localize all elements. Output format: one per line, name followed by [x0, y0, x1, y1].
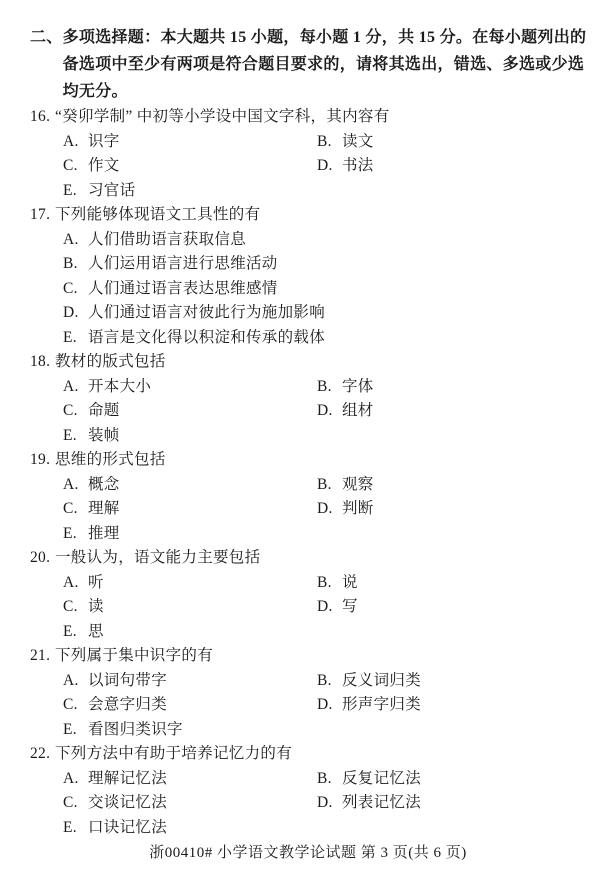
- option-22-C: C.交谈记忆法: [63, 791, 317, 816]
- question-17: 17.下列能够体现语文工具性的有A.人们借助语言获取信息B.人们运用语言进行思维…: [0, 203, 616, 350]
- question-stem-line: 22.下列方法中有助于培养记忆力的有: [30, 742, 598, 767]
- option-text: 开本大小: [88, 375, 317, 400]
- question-number: 21.: [30, 644, 55, 669]
- option-letter: A.: [63, 669, 88, 694]
- option-text: 理解: [88, 497, 317, 522]
- option-19-B: B.观察: [317, 473, 598, 498]
- question-stem-line: 16.“癸卯学制” 中初等小学设中国文字科，其内容有: [30, 105, 598, 130]
- question-stem-line: 17.下列能够体现语文工具性的有: [30, 203, 598, 228]
- option-text: 习官话: [88, 179, 317, 204]
- option-17-A: A.人们借助语言获取信息: [63, 228, 598, 253]
- option-letter: D.: [317, 791, 342, 816]
- question-stem: 下列能够体现语文工具性的有: [55, 203, 598, 228]
- option-letter: D.: [317, 399, 342, 424]
- exam-page: 二、 多项选择题：本大题共 15 小题，每小题 1 分，共 15 分。在每小题列…: [0, 0, 616, 888]
- option-letter: C.: [63, 595, 88, 620]
- option-letter: B.: [317, 375, 342, 400]
- option-letter: A.: [63, 375, 88, 400]
- option-text: 人们通过语言对彼此行为施加影响: [88, 301, 598, 326]
- option-text: 理解记忆法: [88, 767, 317, 792]
- options-group: A.识字B.读文C.作文D.书法E.习官话: [63, 130, 598, 204]
- question-number: 17.: [30, 203, 55, 228]
- option-letter: C.: [63, 791, 88, 816]
- option-letter: E.: [63, 816, 88, 841]
- option-text: 推理: [88, 522, 317, 547]
- option-text: 听: [88, 571, 317, 596]
- option-text: 人们通过语言表达思维感情: [88, 277, 598, 302]
- option-20-D: D.写: [317, 595, 598, 620]
- option-text: 形声字归类: [342, 693, 598, 718]
- option-text: 书法: [342, 154, 598, 179]
- option-letter: E.: [63, 424, 88, 449]
- option-letter: A.: [63, 767, 88, 792]
- option-letter: B.: [63, 252, 88, 277]
- option-text: 以词句带字: [88, 669, 317, 694]
- option-17-D: D.人们通过语言对彼此行为施加影响: [63, 301, 598, 326]
- option-text: 识字: [88, 130, 317, 155]
- option-18-B: B.字体: [317, 375, 598, 400]
- option-17-B: B.人们运用语言进行思维活动: [63, 252, 598, 277]
- option-text: 组材: [342, 399, 598, 424]
- question-number: 22.: [30, 742, 55, 767]
- option-18-C: C.命题: [63, 399, 317, 424]
- option-letter: A.: [63, 130, 88, 155]
- question-stem: 教材的版式包括: [55, 350, 598, 375]
- option-22-B: B.反复记忆法: [317, 767, 598, 792]
- option-letter: D.: [317, 595, 342, 620]
- question-stem-line: 21.下列属于集中识字的有: [30, 644, 598, 669]
- option-19-C: C.理解: [63, 497, 317, 522]
- question-stem: 思维的形式包括: [55, 448, 598, 473]
- option-16-C: C.作文: [63, 154, 317, 179]
- option-text: 读: [88, 595, 317, 620]
- option-letter: E.: [63, 620, 88, 645]
- options-group: A.理解记忆法B.反复记忆法C.交谈记忆法D.列表记忆法E.口诀记忆法: [63, 767, 598, 841]
- option-16-A: A.识字: [63, 130, 317, 155]
- page-footer: 浙00410# 小学语文教学论试题 第 3 页(共 6 页): [0, 841, 616, 862]
- option-text: 概念: [88, 473, 317, 498]
- option-20-E: E.思: [63, 620, 317, 645]
- option-text: 反复记忆法: [342, 767, 598, 792]
- option-letter: B.: [317, 130, 342, 155]
- options-group: A.以词句带字B.反义词归类C.会意字归类D.形声字归类E.看图归类识字: [63, 669, 598, 743]
- option-letter: D.: [63, 301, 88, 326]
- option-letter: C.: [63, 154, 88, 179]
- option-text: 列表记忆法: [342, 791, 598, 816]
- option-letter: D.: [317, 497, 342, 522]
- options-group: A.人们借助语言获取信息B.人们运用语言进行思维活动C.人们通过语言表达思维感情…: [63, 228, 598, 351]
- section-number-label: 二、: [30, 24, 63, 105]
- option-letter: B.: [317, 473, 342, 498]
- question-stem: 下列属于集中识字的有: [55, 644, 598, 669]
- option-21-A: A.以词句带字: [63, 669, 317, 694]
- option-text: 观察: [342, 473, 598, 498]
- option-letter: E.: [63, 179, 88, 204]
- option-16-D: D.书法: [317, 154, 598, 179]
- option-text: 人们运用语言进行思维活动: [88, 252, 598, 277]
- option-letter: E.: [63, 522, 88, 547]
- question-stem: 下列方法中有助于培养记忆力的有: [55, 742, 598, 767]
- option-text: 写: [342, 595, 598, 620]
- option-letter: B.: [317, 571, 342, 596]
- option-18-D: D.组材: [317, 399, 598, 424]
- option-letter: C.: [63, 277, 88, 302]
- option-text: 会意字归类: [88, 693, 317, 718]
- option-21-C: C.会意字归类: [63, 693, 317, 718]
- option-20-A: A.听: [63, 571, 317, 596]
- option-letter: C.: [63, 693, 88, 718]
- question-20: 20.一般认为，语文能力主要包括A.听B.说C.读D.写E.思: [0, 546, 616, 644]
- option-21-E: E.看图归类识字: [63, 718, 317, 743]
- option-21-D: D.形声字归类: [317, 693, 598, 718]
- option-text: 装帧: [88, 424, 317, 449]
- option-letter: C.: [63, 497, 88, 522]
- option-letter: A.: [63, 228, 88, 253]
- option-letter: A.: [63, 473, 88, 498]
- option-text: 字体: [342, 375, 598, 400]
- question-number: 20.: [30, 546, 55, 571]
- option-20-C: C.读: [63, 595, 317, 620]
- option-letter: E.: [63, 718, 88, 743]
- option-17-C: C.人们通过语言表达思维感情: [63, 277, 598, 302]
- question-stem-line: 18.教材的版式包括: [30, 350, 598, 375]
- option-18-E: E.装帧: [63, 424, 317, 449]
- option-22-E: E.口诀记忆法: [63, 816, 317, 841]
- question-stem-line: 20.一般认为，语文能力主要包括: [30, 546, 598, 571]
- question-21: 21.下列属于集中识字的有A.以词句带字B.反义词归类C.会意字归类D.形声字归…: [0, 644, 616, 742]
- option-text: 人们借助语言获取信息: [88, 228, 598, 253]
- option-16-E: E.习官话: [63, 179, 317, 204]
- option-19-D: D.判断: [317, 497, 598, 522]
- option-letter: D.: [317, 154, 342, 179]
- option-letter: C.: [63, 399, 88, 424]
- option-text: 反义词归类: [342, 669, 598, 694]
- options-group: A.开本大小B.字体C.命题D.组材E.装帧: [63, 375, 598, 449]
- question-number: 18.: [30, 350, 55, 375]
- option-20-B: B.说: [317, 571, 598, 596]
- option-19-A: A.概念: [63, 473, 317, 498]
- option-text: 说: [342, 571, 598, 596]
- option-letter: B.: [317, 669, 342, 694]
- option-letter: B.: [317, 767, 342, 792]
- section-instructions: 多项选择题：本大题共 15 小题，每小题 1 分，共 15 分。在每小题列出的备…: [63, 24, 598, 105]
- option-text: 读文: [342, 130, 598, 155]
- option-18-A: A.开本大小: [63, 375, 317, 400]
- option-22-A: A.理解记忆法: [63, 767, 317, 792]
- question-number: 19.: [30, 448, 55, 473]
- question-stem-line: 19.思维的形式包括: [30, 448, 598, 473]
- question-19: 19.思维的形式包括A.概念B.观察C.理解D.判断E.推理: [0, 448, 616, 546]
- option-letter: D.: [317, 693, 342, 718]
- question-18: 18.教材的版式包括A.开本大小B.字体C.命题D.组材E.装帧: [0, 350, 616, 448]
- question-stem: “癸卯学制” 中初等小学设中国文字科，其内容有: [55, 105, 598, 130]
- question-list: 16.“癸卯学制” 中初等小学设中国文字科，其内容有A.识字B.读文C.作文D.…: [0, 105, 616, 840]
- option-16-B: B.读文: [317, 130, 598, 155]
- option-19-E: E.推理: [63, 522, 317, 547]
- question-number: 16.: [30, 105, 55, 130]
- option-text: 命题: [88, 399, 317, 424]
- section-header: 二、 多项选择题：本大题共 15 小题，每小题 1 分，共 15 分。在每小题列…: [0, 24, 616, 105]
- option-22-D: D.列表记忆法: [317, 791, 598, 816]
- question-16: 16.“癸卯学制” 中初等小学设中国文字科，其内容有A.识字B.读文C.作文D.…: [0, 105, 616, 203]
- option-text: 语言是文化得以积淀和传承的载体: [88, 326, 598, 351]
- option-17-E: E.语言是文化得以积淀和传承的载体: [63, 326, 598, 351]
- option-text: 交谈记忆法: [88, 791, 317, 816]
- option-text: 口诀记忆法: [88, 816, 317, 841]
- options-group: A.概念B.观察C.理解D.判断E.推理: [63, 473, 598, 547]
- option-text: 作文: [88, 154, 317, 179]
- option-text: 思: [88, 620, 317, 645]
- option-21-B: B.反义词归类: [317, 669, 598, 694]
- option-letter: E.: [63, 326, 88, 351]
- options-group: A.听B.说C.读D.写E.思: [63, 571, 598, 645]
- question-stem: 一般认为，语文能力主要包括: [55, 546, 598, 571]
- question-22: 22.下列方法中有助于培养记忆力的有A.理解记忆法B.反复记忆法C.交谈记忆法D…: [0, 742, 616, 840]
- option-letter: A.: [63, 571, 88, 596]
- option-text: 判断: [342, 497, 598, 522]
- option-text: 看图归类识字: [88, 718, 317, 743]
